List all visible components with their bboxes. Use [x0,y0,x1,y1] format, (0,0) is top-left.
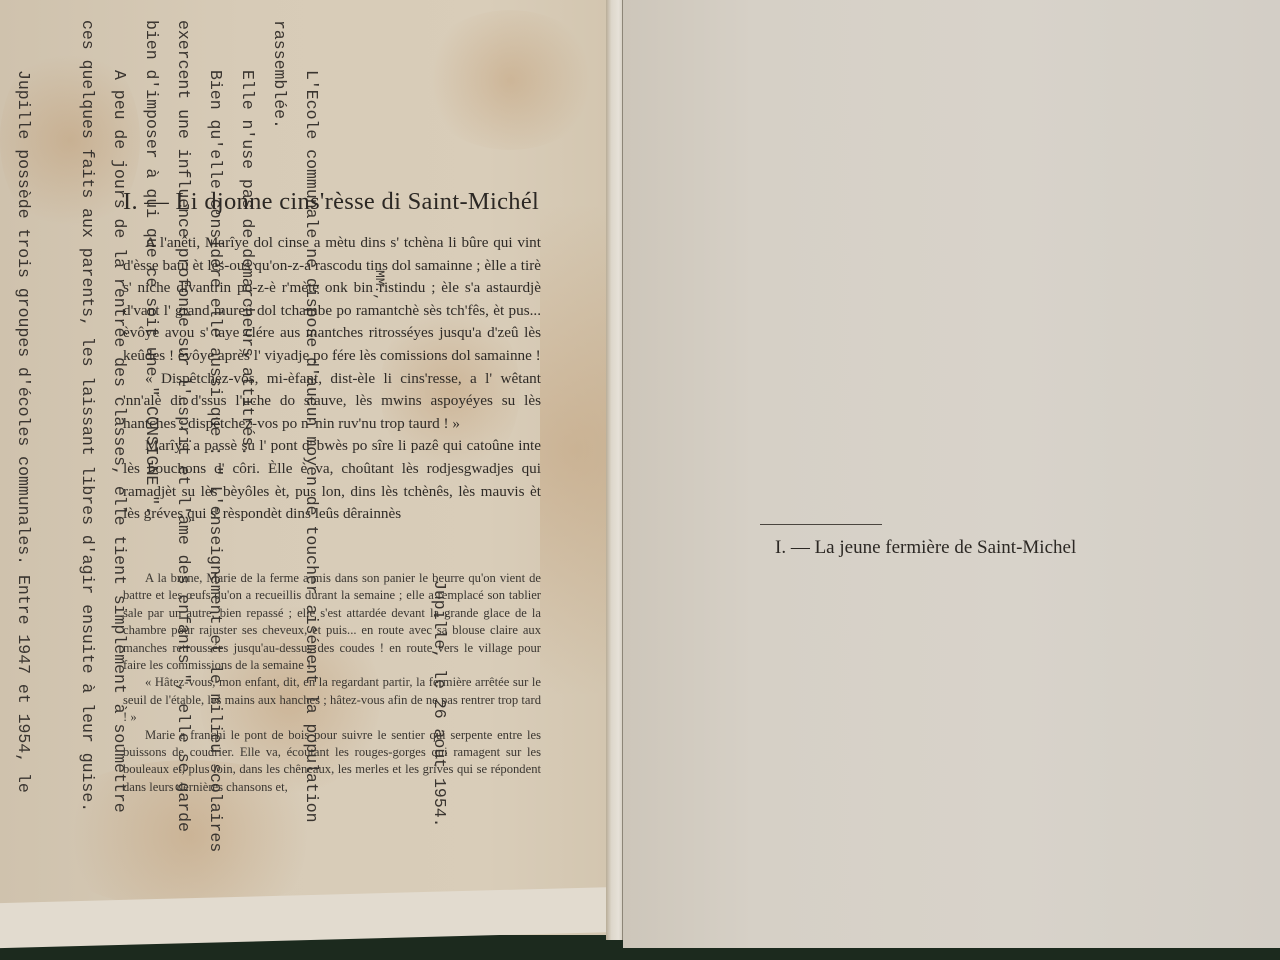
section-divider [760,524,882,525]
walloon-paragraph: « Dispêtchez-vos, mi-èfant, dist-èle li … [123,368,541,436]
french-chapter-title: I. — La jeune fermière de Saint-Michel [775,537,1076,559]
walloon-chapter-title: I. — Li djonne cins'rèsse di Saint-Miché… [123,188,541,216]
french-paragraph: A la brune, Marie de la ferme a mis dans… [123,570,541,674]
letter-line: Jupille possède trois groupes d'écoles c… [7,20,39,852]
letter-line: nombre total des classes y est passé de … [0,20,7,852]
walloon-text: A l'anêti, Marîye dol cinse a mètu dins … [123,232,541,526]
french-text: A la brune, Marie de la ferme a mis dans… [123,570,541,796]
french-paragraph: Marie a franchi le pont de bois pour sui… [123,727,541,797]
right-page-printed [623,0,1280,948]
letter-line [39,20,71,852]
walloon-paragraph: Marîye a passè su l' pont d' bwès po sîr… [123,435,541,525]
letter-line: ces quelques faits aux parents, les lais… [71,20,103,852]
paper-stain [540,100,608,800]
walloon-paragraph: A l'anêti, Marîye dol cinse a mètu dins … [123,232,541,368]
french-paragraph: « Hâtez-vous, mon enfant, dit, en la reg… [123,674,541,726]
